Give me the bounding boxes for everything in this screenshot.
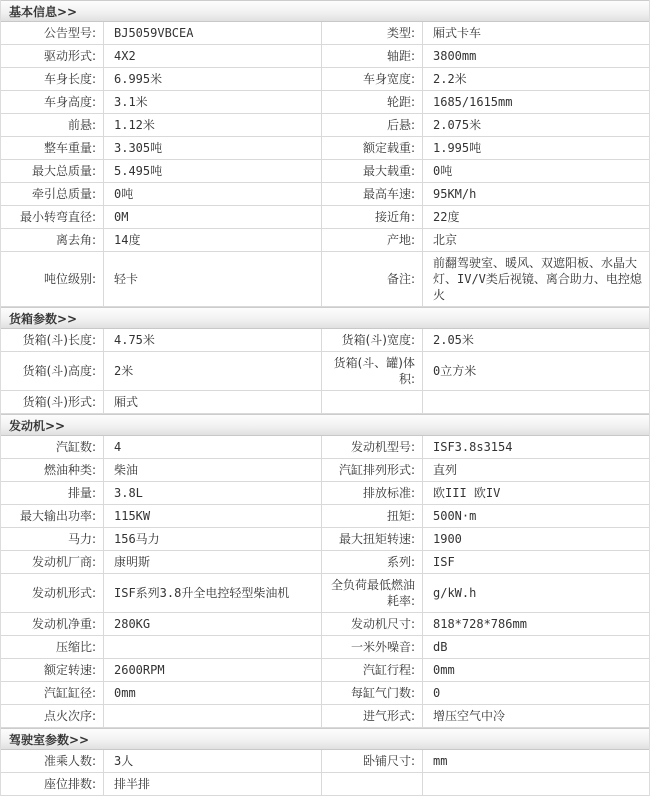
spec-value: 前翻驾驶室、暖风、双遮阳板、水晶大灯、IV/V类后视镜、离合助力、电控熄火 <box>423 252 649 306</box>
spec-value: 4X2 <box>104 45 322 67</box>
spec-value <box>104 705 322 727</box>
spec-label: 最大输出功率: <box>1 505 104 527</box>
table-row: 货箱(斗)形式:厢式 <box>1 391 649 414</box>
spec-label: 车身高度: <box>1 91 104 113</box>
spec-value: 3.305吨 <box>104 137 322 159</box>
spec-label <box>322 773 423 795</box>
spec-label: 货箱(斗)高度: <box>1 352 104 390</box>
spec-value: 欧III 欧IV <box>423 482 649 504</box>
spec-value: 1900 <box>423 528 649 550</box>
spec-value: 直列 <box>423 459 649 481</box>
spec-value: 1.995吨 <box>423 137 649 159</box>
table-row: 整车重量:3.305吨额定载重:1.995吨 <box>1 137 649 160</box>
table-row: 最大输出功率:115KW扭矩:500N·m <box>1 505 649 528</box>
spec-label: 准乘人数: <box>1 750 104 772</box>
spec-label: 压缩比: <box>1 636 104 658</box>
spec-label: 吨位级别: <box>1 252 104 306</box>
spec-label: 类型: <box>322 22 423 44</box>
spec-label: 发动机厂商: <box>1 551 104 573</box>
spec-value: 0mm <box>104 682 322 704</box>
spec-value: 2.05米 <box>423 329 649 351</box>
spec-label: 额定转速: <box>1 659 104 681</box>
spec-label: 进气形式: <box>322 705 423 727</box>
spec-label: 最小转弯直径: <box>1 206 104 228</box>
table-row: 准乘人数:3人卧铺尺寸:mm <box>1 750 649 773</box>
spec-value: 156马力 <box>104 528 322 550</box>
spec-label: 接近角: <box>322 206 423 228</box>
table-row: 车身长度:6.995米车身宽度:2.2米 <box>1 68 649 91</box>
section-header: 发动机>> <box>1 414 649 436</box>
spec-value: ISF3.8s3154 <box>423 436 649 458</box>
table-row: 最小转弯直径:0M接近角:22度 <box>1 206 649 229</box>
spec-table: 基本信息>>公告型号:BJ5059VBCEA类型:厢式卡车驱动形式:4X2轴距:… <box>0 0 650 796</box>
spec-value: 1.12米 <box>104 114 322 136</box>
spec-label: 额定载重: <box>322 137 423 159</box>
spec-value: 0吨 <box>104 183 322 205</box>
spec-label: 一米外噪音: <box>322 636 423 658</box>
spec-label: 牵引总质量: <box>1 183 104 205</box>
spec-label: 最大扭矩转速: <box>322 528 423 550</box>
spec-value: 2.075米 <box>423 114 649 136</box>
spec-label: 前悬: <box>1 114 104 136</box>
spec-value: 6.995米 <box>104 68 322 90</box>
spec-label: 货箱(斗)宽度: <box>322 329 423 351</box>
spec-value: 3人 <box>104 750 322 772</box>
spec-value: 厢式卡车 <box>423 22 649 44</box>
spec-value: 818*728*786mm <box>423 613 649 635</box>
spec-label: 汽缸行程: <box>322 659 423 681</box>
spec-value: dB <box>423 636 649 658</box>
table-row: 车身高度:3.1米轮距:1685/1615mm <box>1 91 649 114</box>
spec-label: 轮距: <box>322 91 423 113</box>
spec-value: 0M <box>104 206 322 228</box>
spec-value: 95KM/h <box>423 183 649 205</box>
spec-label: 汽缸缸径: <box>1 682 104 704</box>
spec-value: 北京 <box>423 229 649 251</box>
spec-value: 115KW <box>104 505 322 527</box>
spec-value: 4 <box>104 436 322 458</box>
spec-label: 汽缸数: <box>1 436 104 458</box>
spec-value: 厢式 <box>104 391 322 413</box>
spec-label: 燃油种类: <box>1 459 104 481</box>
spec-label: 排放标准: <box>322 482 423 504</box>
table-row: 马力:156马力最大扭矩转速:1900 <box>1 528 649 551</box>
spec-label: 卧铺尺寸: <box>322 750 423 772</box>
spec-label: 最大载重: <box>322 160 423 182</box>
spec-label: 汽缸排列形式: <box>322 459 423 481</box>
table-row: 压缩比:一米外噪音:dB <box>1 636 649 659</box>
spec-label: 座位排数: <box>1 773 104 795</box>
table-row: 额定转速:2600RPM汽缸行程:0mm <box>1 659 649 682</box>
spec-value: 0吨 <box>423 160 649 182</box>
spec-value: 排半排 <box>104 773 322 795</box>
spec-label: 车身长度: <box>1 68 104 90</box>
spec-value <box>423 773 649 795</box>
spec-label: 全负荷最低燃油耗率: <box>322 574 423 612</box>
spec-label: 后悬: <box>322 114 423 136</box>
spec-value: 5.495吨 <box>104 160 322 182</box>
spec-value: 500N·m <box>423 505 649 527</box>
spec-value: ISF系列3.8升全电控轻型柴油机 <box>104 574 322 612</box>
section-header: 货箱参数>> <box>1 307 649 329</box>
spec-value <box>104 636 322 658</box>
table-row: 公告型号:BJ5059VBCEA类型:厢式卡车 <box>1 22 649 45</box>
table-row: 货箱(斗)长度:4.75米货箱(斗)宽度:2.05米 <box>1 329 649 352</box>
spec-value: 2.2米 <box>423 68 649 90</box>
spec-label: 马力: <box>1 528 104 550</box>
table-row: 发动机厂商:康明斯系列:ISF <box>1 551 649 574</box>
spec-value: 14度 <box>104 229 322 251</box>
spec-value: 康明斯 <box>104 551 322 573</box>
spec-label: 公告型号: <box>1 22 104 44</box>
spec-value: 3.1米 <box>104 91 322 113</box>
spec-value: 3800mm <box>423 45 649 67</box>
table-row: 座位排数:排半排 <box>1 773 649 796</box>
table-row: 牵引总质量:0吨最高车速:95KM/h <box>1 183 649 206</box>
spec-label: 点火次序: <box>1 705 104 727</box>
spec-label: 最高车速: <box>322 183 423 205</box>
spec-value: 22度 <box>423 206 649 228</box>
spec-label <box>322 391 423 413</box>
spec-value: mm <box>423 750 649 772</box>
spec-value: 柴油 <box>104 459 322 481</box>
spec-value: ISF <box>423 551 649 573</box>
spec-label: 货箱(斗、罐)体积: <box>322 352 423 390</box>
spec-label: 发动机净重: <box>1 613 104 635</box>
section-header: 驾驶室参数>> <box>1 728 649 750</box>
spec-label: 车身宽度: <box>322 68 423 90</box>
spec-value: 280KG <box>104 613 322 635</box>
spec-value: 3.8L <box>104 482 322 504</box>
table-row: 燃油种类:柴油汽缸排列形式:直列 <box>1 459 649 482</box>
section-header: 基本信息>> <box>1 0 649 22</box>
table-row: 前悬:1.12米后悬:2.075米 <box>1 114 649 137</box>
spec-value: g/kW.h <box>423 574 649 612</box>
spec-label: 货箱(斗)形式: <box>1 391 104 413</box>
spec-label: 每缸气门数: <box>322 682 423 704</box>
spec-value: 0立方米 <box>423 352 649 390</box>
spec-label: 备注: <box>322 252 423 306</box>
spec-value: 轻卡 <box>104 252 322 306</box>
table-row: 货箱(斗)高度:2米货箱(斗、罐)体积:0立方米 <box>1 352 649 391</box>
table-row: 离去角:14度产地:北京 <box>1 229 649 252</box>
spec-value: 4.75米 <box>104 329 322 351</box>
spec-label: 驱动形式: <box>1 45 104 67</box>
spec-label: 货箱(斗)长度: <box>1 329 104 351</box>
spec-value: 0mm <box>423 659 649 681</box>
spec-value: 0 <box>423 682 649 704</box>
spec-value: BJ5059VBCEA <box>104 22 322 44</box>
spec-label: 排量: <box>1 482 104 504</box>
table-row: 汽缸数:4发动机型号:ISF3.8s3154 <box>1 436 649 459</box>
spec-value: 增压空气中冷 <box>423 705 649 727</box>
table-row: 最大总质量:5.495吨最大载重:0吨 <box>1 160 649 183</box>
spec-label: 产地: <box>322 229 423 251</box>
spec-label: 整车重量: <box>1 137 104 159</box>
spec-value: 2600RPM <box>104 659 322 681</box>
spec-label: 最大总质量: <box>1 160 104 182</box>
spec-value <box>423 391 649 413</box>
spec-label: 发动机尺寸: <box>322 613 423 635</box>
spec-label: 离去角: <box>1 229 104 251</box>
table-row: 点火次序:进气形式:增压空气中冷 <box>1 705 649 728</box>
spec-label: 轴距: <box>322 45 423 67</box>
table-row: 驱动形式:4X2轴距:3800mm <box>1 45 649 68</box>
spec-label: 发动机形式: <box>1 574 104 612</box>
table-row: 发动机净重:280KG发动机尺寸:818*728*786mm <box>1 613 649 636</box>
spec-value: 2米 <box>104 352 322 390</box>
table-row: 排量:3.8L排放标准:欧III 欧IV <box>1 482 649 505</box>
spec-label: 扭矩: <box>322 505 423 527</box>
table-row: 吨位级别:轻卡备注:前翻驾驶室、暖风、双遮阳板、水晶大灯、IV/V类后视镜、离合… <box>1 252 649 307</box>
spec-label: 系列: <box>322 551 423 573</box>
spec-value: 1685/1615mm <box>423 91 649 113</box>
table-row: 汽缸缸径:0mm每缸气门数:0 <box>1 682 649 705</box>
spec-label: 发动机型号: <box>322 436 423 458</box>
table-row: 发动机形式:ISF系列3.8升全电控轻型柴油机全负荷最低燃油耗率:g/kW.h <box>1 574 649 613</box>
